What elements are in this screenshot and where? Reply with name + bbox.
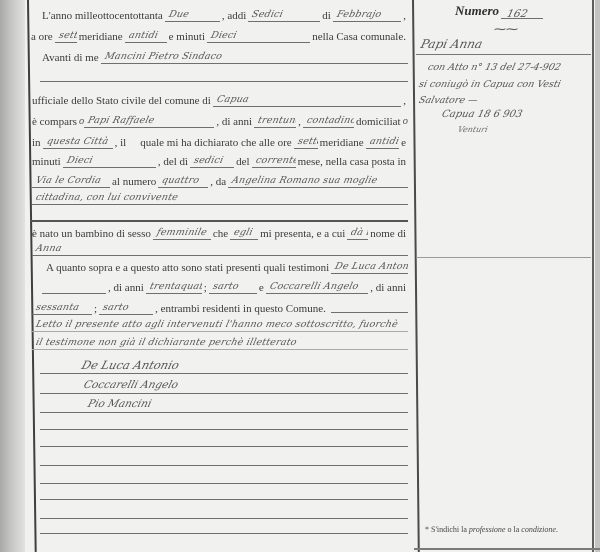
field-blank <box>42 280 106 294</box>
field-gives: dà il <box>347 226 368 240</box>
line-witness-2-detail: sessanta ; sarto , entrambi residenti in… <box>32 299 408 315</box>
section-rule <box>30 220 408 222</box>
line-residence-birth-time: in questa Città , il quale mi ha dichiar… <box>30 133 408 149</box>
line-child-name: Anna <box>32 240 408 256</box>
line-address-mother: Via le Cordia al numero quattro , da Ang… <box>32 172 408 188</box>
marriage-annotation-line-3: Salvatore — <box>418 95 479 106</box>
printed-text: , di anni <box>106 282 146 294</box>
footnote-text: S'indichi la <box>429 525 469 534</box>
printed-text: Avanti di me <box>40 52 101 64</box>
flourish-mark: ⁓⁓ <box>494 22 518 37</box>
line-witness-ages: , di anni trentaquattro ; sarto e Coccar… <box>42 278 408 294</box>
footnote-text: . <box>556 525 558 534</box>
printed-text: ; <box>202 282 209 294</box>
line-year-date: L'anno milleottocentottanta Due , addì S… <box>40 6 408 22</box>
field-birth-day: sedici <box>190 154 234 168</box>
field-year: Due <box>165 8 220 22</box>
line-mother-detail: cittadina, con lui convivente <box>32 189 408 205</box>
printed-text: , <box>401 95 408 107</box>
blank-rule <box>40 429 408 430</box>
line-closing-2: il testimone non già il dichiarante perc… <box>32 334 408 350</box>
printed-text: è nato un bambino di sesso <box>30 228 153 240</box>
line-closing-1: Letto il presente atto agli intervenuti … <box>32 316 408 332</box>
printed-text: che <box>211 228 230 240</box>
margin-child-name: Papi Anna <box>419 37 484 51</box>
signature-rule <box>40 393 408 394</box>
field-street: Via le Cordia <box>32 174 110 188</box>
printed-text: nella Casa comunale. <box>310 31 408 43</box>
printed-text: ; <box>92 303 99 315</box>
act-number: Numero 162 <box>455 3 543 19</box>
field-comune: Capua <box>213 93 401 107</box>
blank-rule <box>40 518 408 519</box>
printed-text: di <box>320 10 333 22</box>
printed-text: è compars <box>30 116 79 128</box>
signature-witness-2: Coccarelli Angelo <box>82 379 179 391</box>
field-mother-detail: cittadina, con lui convivente <box>32 191 408 205</box>
printed-text: , <box>296 116 303 128</box>
field-witness-1-age: trentaquattro <box>146 280 202 294</box>
signature-officer: Pio Mancini <box>86 398 153 410</box>
signature-rule <box>40 373 408 374</box>
blank-rule <box>40 81 408 82</box>
field-officer-name: Mancini Pietro Sindaco <box>101 50 408 64</box>
printed-text: , <box>401 10 408 22</box>
field-witness-1-profession: sarto <box>209 280 257 294</box>
left-frame-line <box>27 0 37 552</box>
line-officer: Avanti di me Mancini Pietro Sindaco <box>40 48 408 64</box>
marriage-annotation-line-1: con Atto n° 13 del 27-4-902 <box>427 62 562 73</box>
blank-rule <box>40 533 408 534</box>
handwritten-suffix: o <box>403 116 408 128</box>
act-number-value: 162 <box>501 4 543 19</box>
printed-text: quale mi ha dichiarato che alle ore <box>138 137 293 149</box>
printed-text: e <box>399 137 408 149</box>
field-declarant-profession: contadino <box>303 114 354 128</box>
line-birth-date: minuti Dieci , del dì sedici del corrent… <box>30 152 408 168</box>
field-child-name: Anna <box>32 242 408 256</box>
signature-rule <box>40 412 408 413</box>
field-birth-hour: sette <box>294 135 318 149</box>
margin-section-rule <box>416 257 591 258</box>
act-number-label: Numero <box>455 3 499 19</box>
field-witness-2-age: sessanta <box>32 301 92 315</box>
footnote-italic: professione <box>469 525 506 534</box>
printed-text: e minuti <box>167 31 207 43</box>
field-house-number: quattro <box>158 174 208 188</box>
printed-text: meridiane <box>77 31 125 43</box>
field-declarant-age: trentuno <box>254 114 296 128</box>
line-witness-1: A quanto sopra e a questo atto sono stat… <box>44 258 408 274</box>
marriage-annotation-line-2: si coniugò in Capua con Vesti <box>418 79 562 90</box>
field-child-sex: femminile <box>153 226 211 240</box>
printed-text: mi presenta, e a cui <box>258 228 347 240</box>
printed-text: L'anno milleottocentottanta <box>40 10 165 22</box>
field-witness-2-profession: sarto <box>99 301 153 315</box>
annotation-place-date: Capua 18 6 903 <box>441 109 524 120</box>
field-birth-minutes: Dieci <box>63 154 156 168</box>
field-hour: sette <box>55 29 77 43</box>
printed-text: e <box>257 282 266 294</box>
printed-text: mese, nella casa posta in <box>296 156 408 168</box>
printed-text: , entrambi residenti in questo Comune. <box>153 303 328 315</box>
footnote-italic: condizione <box>521 525 556 534</box>
printed-text: in <box>30 137 43 149</box>
field-birth-month: corrente <box>252 154 296 168</box>
blank-rule <box>40 446 408 447</box>
printed-text: domiciliat <box>354 116 403 128</box>
printed-text: del <box>234 156 251 168</box>
field-minutes: Dieci <box>207 29 310 43</box>
footnote: * S'indichi la professione o la condizio… <box>425 525 558 534</box>
blank-rule <box>331 312 408 313</box>
field-declarant-name: Papi Raffaele <box>84 114 214 128</box>
handwritten-closing-1: Letto il presente atto agli intervenuti … <box>32 318 408 332</box>
blank-rule <box>40 499 408 500</box>
blank-rule <box>40 483 408 484</box>
right-frame-line <box>592 0 594 552</box>
signature-witness-1: De Luca Antonio <box>80 358 181 372</box>
annotation-signature: Venturi <box>457 125 489 134</box>
line-child-sex-name: è nato un bambino di sesso femminile che… <box>30 224 408 240</box>
footnote-text: o la <box>505 525 521 534</box>
field-presenter: egli <box>230 226 258 240</box>
printed-text: meridiane <box>318 137 366 149</box>
margin-name-rule <box>416 54 591 55</box>
printed-text: , addì <box>220 10 248 22</box>
printed-text: , di anni <box>368 282 408 294</box>
printed-text: , da <box>208 176 228 188</box>
page-edge <box>595 0 600 552</box>
bottom-edge-line <box>414 548 600 550</box>
printed-text: , il <box>113 137 129 149</box>
printed-text: minuti <box>30 156 63 168</box>
printed-text: ufficiale dello Stato civile del comune … <box>30 95 213 107</box>
field-witness-2-name: Coccarelli Angelo <box>266 280 369 294</box>
line-time: a ore sette meridiane antidi e minuti Di… <box>29 27 408 43</box>
field-witness-1-name: De Luca Antonio <box>331 260 408 274</box>
handwritten-closing-2: il testimone non già il dichiarante perc… <box>32 336 408 350</box>
printed-text: A quanto sopra e a questo atto sono stat… <box>44 262 331 274</box>
field-residence: questa Città <box>43 135 113 149</box>
printed-text: a ore <box>29 31 55 43</box>
line-comune: ufficiale dello Stato civile del comune … <box>30 91 408 107</box>
field-meridian: antidi <box>125 29 167 43</box>
field-birth-meridian: antidi <box>366 135 399 149</box>
blank-rule <box>40 465 408 466</box>
field-day: Sedici <box>248 8 320 22</box>
printed-text: al numero <box>110 176 158 188</box>
field-month: Febbrajo <box>333 8 401 22</box>
printed-text: , di anni <box>214 116 254 128</box>
line-declarant: è comparso Papi Raffaele , di anni trent… <box>30 112 408 128</box>
page-binding-shadow <box>0 0 25 552</box>
field-mother: Angelina Romano sua moglie <box>228 174 408 188</box>
printed-text: nome di <box>368 228 408 240</box>
printed-text: , del dì <box>156 156 190 168</box>
